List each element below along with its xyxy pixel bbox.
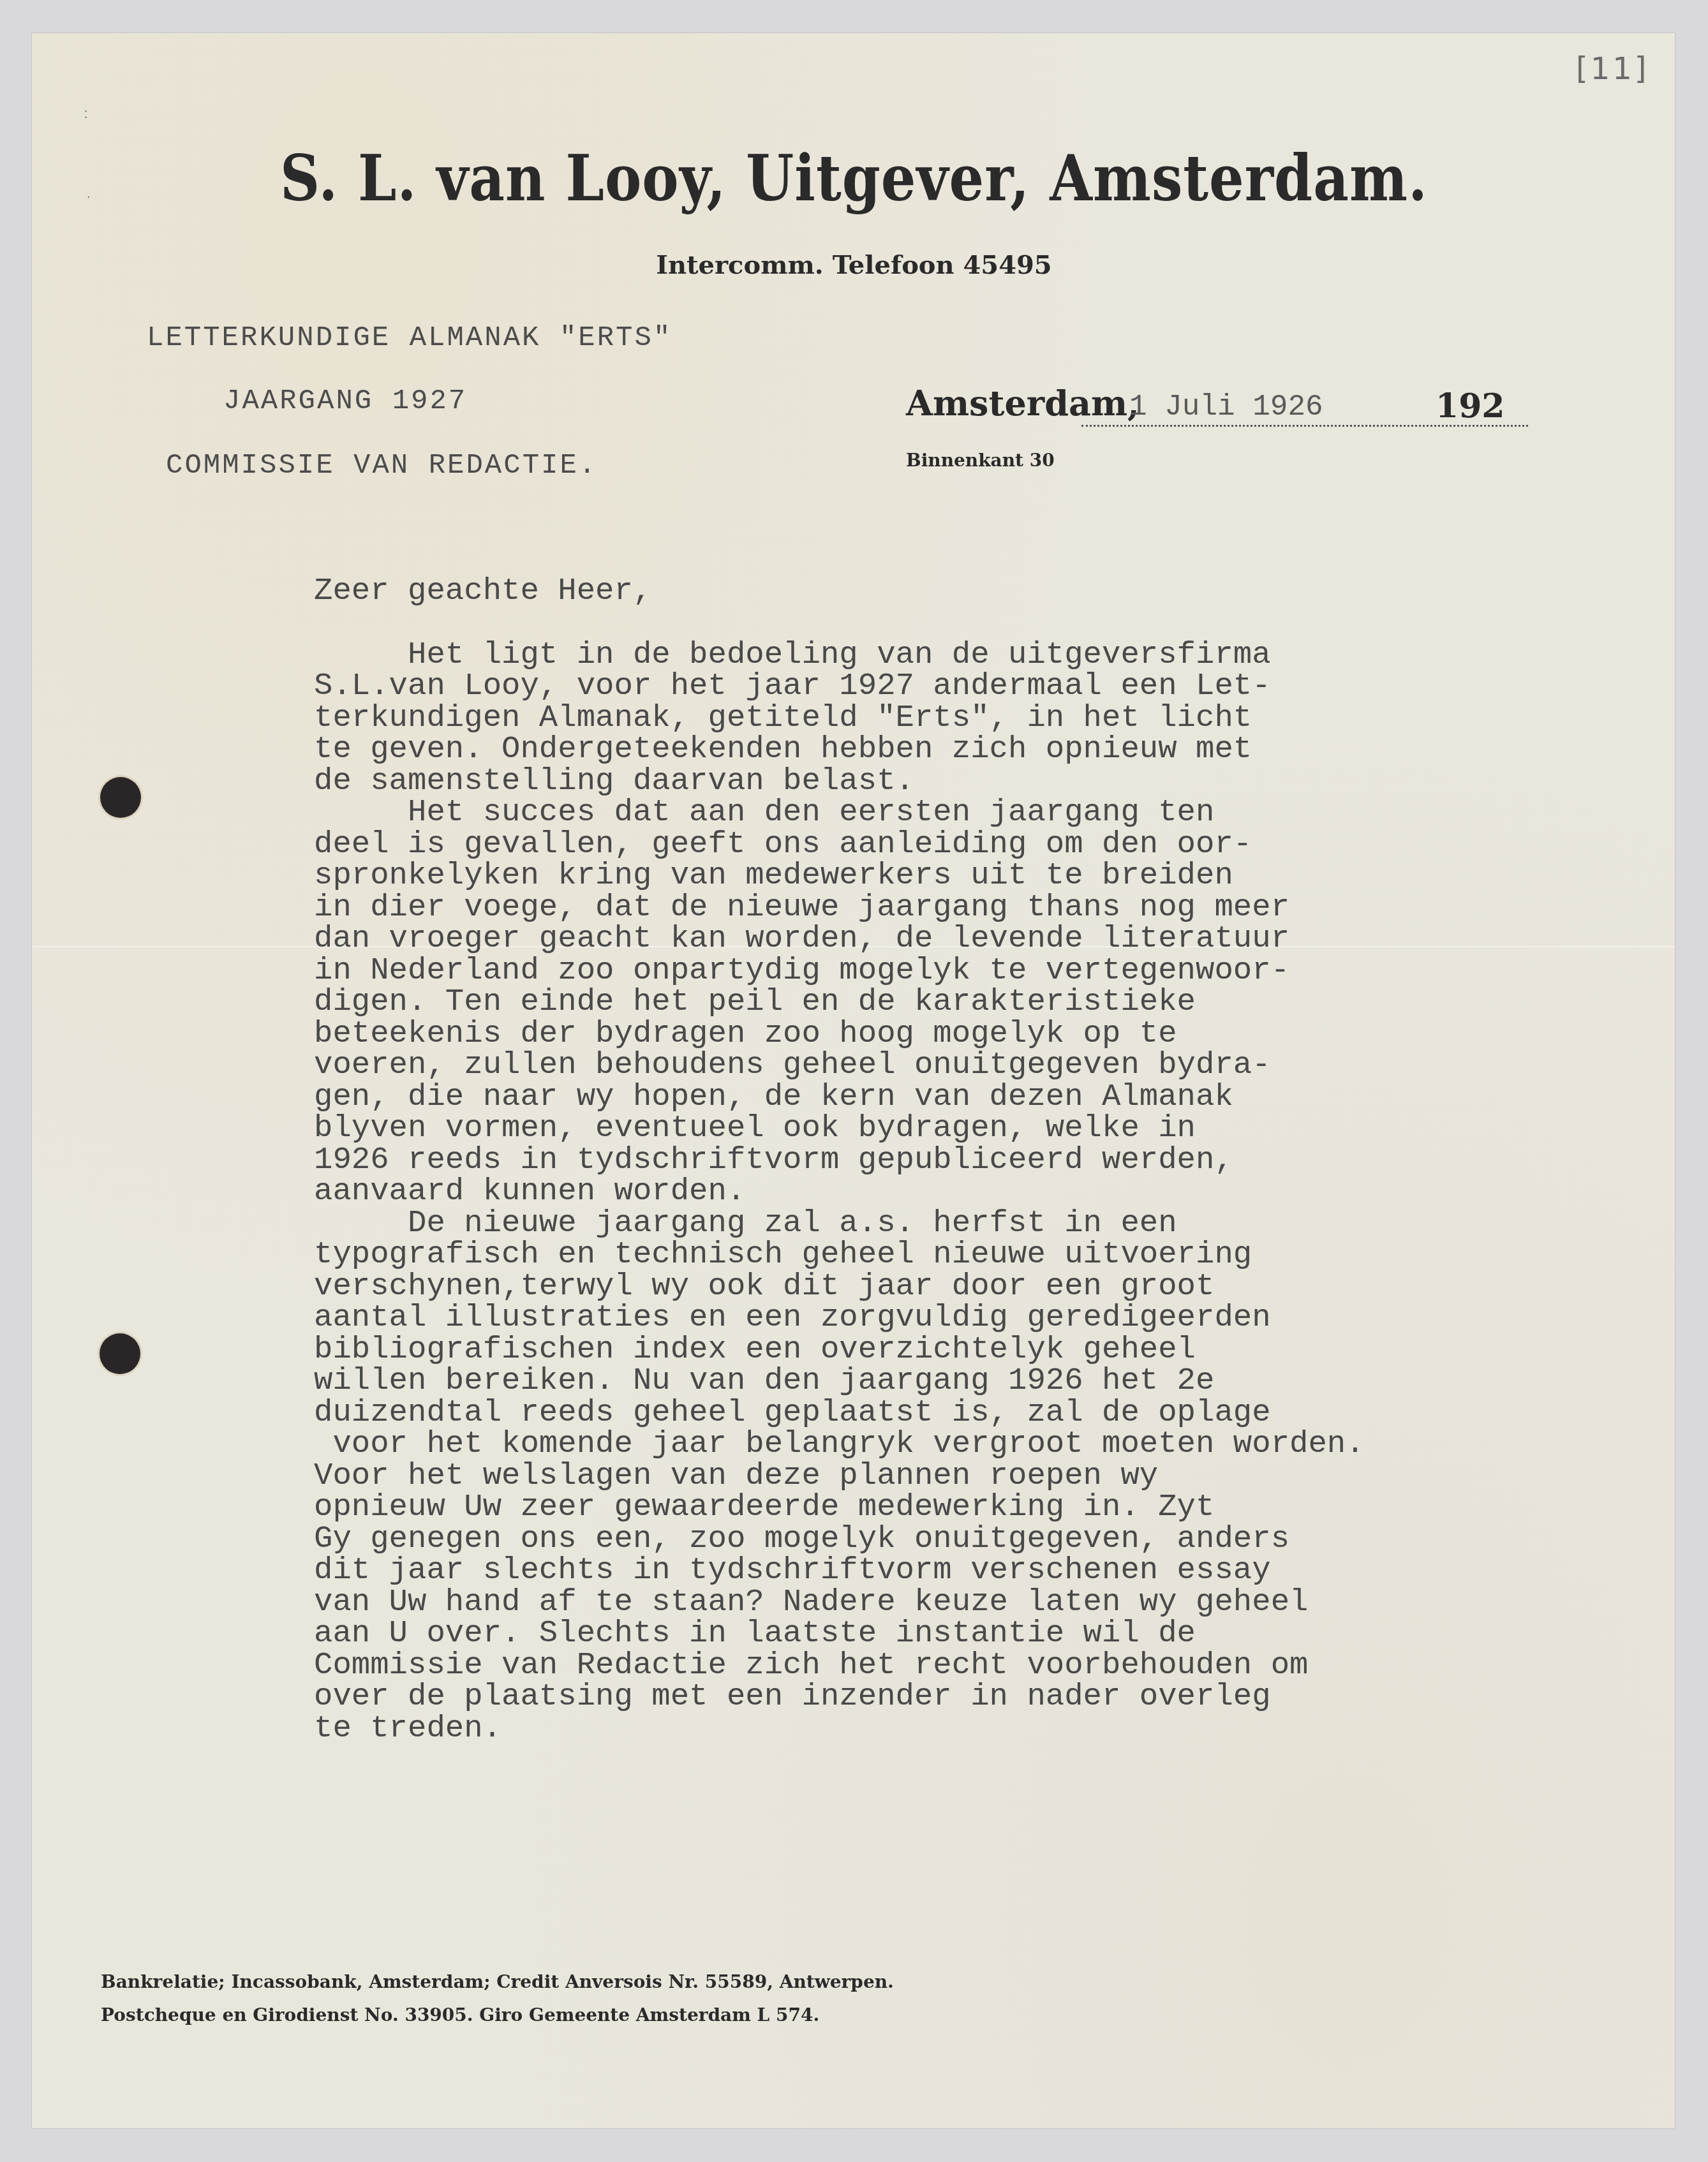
punch-hole-bottom	[100, 1333, 140, 1374]
header-commissie: COMMISSIE VAN REDACTIE.	[166, 450, 597, 482]
letter-date: 1 Juli 1926	[1129, 390, 1323, 424]
letterhead-year-prefix: 192	[1436, 387, 1505, 426]
header-almanak: LETTERKUNDIGE ALMANAK "ERTS"	[147, 322, 672, 354]
body-line: te treden.	[314, 1710, 501, 1746]
body-line: te geven. Ondergeteekenden hebben zich o…	[314, 731, 1252, 767]
footer-bank: Bankrelatie; Incassobank, Amsterdam; Cre…	[101, 1971, 894, 1992]
body-line: in Nederland zoo onpartydig mogelyk te v…	[314, 952, 1289, 988]
body-line: de samenstelling daarvan belast.	[314, 763, 914, 799]
header-jaargang: JAARGANG 1927	[223, 385, 467, 417]
body-line: typografisch en technisch geheel nieuwe …	[314, 1236, 1252, 1272]
body-line: Het ligt in de bedoeling van de uitgever…	[314, 637, 1271, 672]
body-line: verschynen,terwyl wy ook dit jaar door e…	[314, 1268, 1214, 1304]
body-line: S.L.van Looy, voor het jaar 1927 anderma…	[314, 668, 1271, 704]
letterhead-phone: Intercomm. Telefoon 45495	[0, 250, 1708, 280]
archive-number: [11]	[1576, 51, 1649, 87]
punch-hole-top	[100, 777, 141, 818]
body-line: digen. Ten einde het peil en de karakter…	[314, 984, 1196, 1019]
body-line: aantal illustraties en een zorgvuldig ge…	[314, 1299, 1271, 1335]
body-line: voor het komende jaar belangryk vergroot…	[314, 1426, 1365, 1462]
letterhead-place: Amsterdam,	[906, 383, 1140, 424]
body-line: spronkelyken kring van medewerkers uit t…	[314, 857, 1233, 893]
letterhead-address: Binnenkant 30	[906, 450, 1055, 471]
body-line: blyven vormen, eventueel ook bydragen, w…	[314, 1110, 1196, 1146]
body-line: aan U over. Slechts in laatste instantie…	[314, 1615, 1196, 1651]
body-line: terkundigen Almanak, getiteld "Erts", in…	[314, 700, 1252, 736]
body-line: gen, die naar wy hopen, de kern van deze…	[314, 1079, 1233, 1114]
body-line: Het succes dat aan den eersten jaargang …	[314, 794, 1214, 830]
body-line: voeren, zullen behoudens geheel onuitgeg…	[314, 1047, 1271, 1083]
body-line: 1926 reeds in tydschriftvorm gepubliceer…	[314, 1142, 1233, 1178]
footer-giro: Postcheque en Girodienst No. 33905. Giro…	[101, 2004, 819, 2025]
letterhead-title: S. L. van Looy, Uitgever, Amsterdam.	[0, 142, 1708, 216]
body-line: bibliografischen index een overzichtelyk…	[314, 1331, 1196, 1367]
body-line: Gy genegen ons een, zoo mogelyk onuitgeg…	[314, 1521, 1289, 1557]
body-line: Commissie van Redactie zich het recht vo…	[314, 1647, 1308, 1683]
body-line: deel is gevallen, geeft ons aanleiding o…	[314, 826, 1252, 862]
body-line: beteekenis der bydragen zoo hoog mogelyk…	[314, 1016, 1177, 1051]
body-line: aanvaard kunnen worden.	[314, 1173, 745, 1209]
body-line: willen bereiken. Nu van den jaargang 192…	[314, 1363, 1214, 1398]
body-line: Voor het welslagen van deze plannen roep…	[314, 1458, 1158, 1493]
body-line: van Uw hand af te staan? Nadere keuze la…	[314, 1584, 1308, 1620]
margin-mark: ⁚	[84, 108, 87, 121]
body-line: in dier voege, dat de nieuwe jaargang th…	[314, 889, 1289, 925]
body-line: dan vroeger geacht kan worden, de levend…	[314, 921, 1289, 956]
body-line: dit jaar slechts in tydschriftvorm versc…	[314, 1552, 1271, 1588]
body-line: duizendtal reeds geheel geplaatst is, za…	[314, 1395, 1271, 1430]
body-line: De nieuwe jaargang zal a.s. herfst in ee…	[314, 1205, 1177, 1241]
body-line: opnieuw Uw zeer gewaardeerde medewerking…	[314, 1489, 1214, 1525]
body-line: over de plaatsing met een inzender in na…	[314, 1678, 1271, 1714]
salutation: Zeer geachte Heer,	[314, 573, 651, 609]
